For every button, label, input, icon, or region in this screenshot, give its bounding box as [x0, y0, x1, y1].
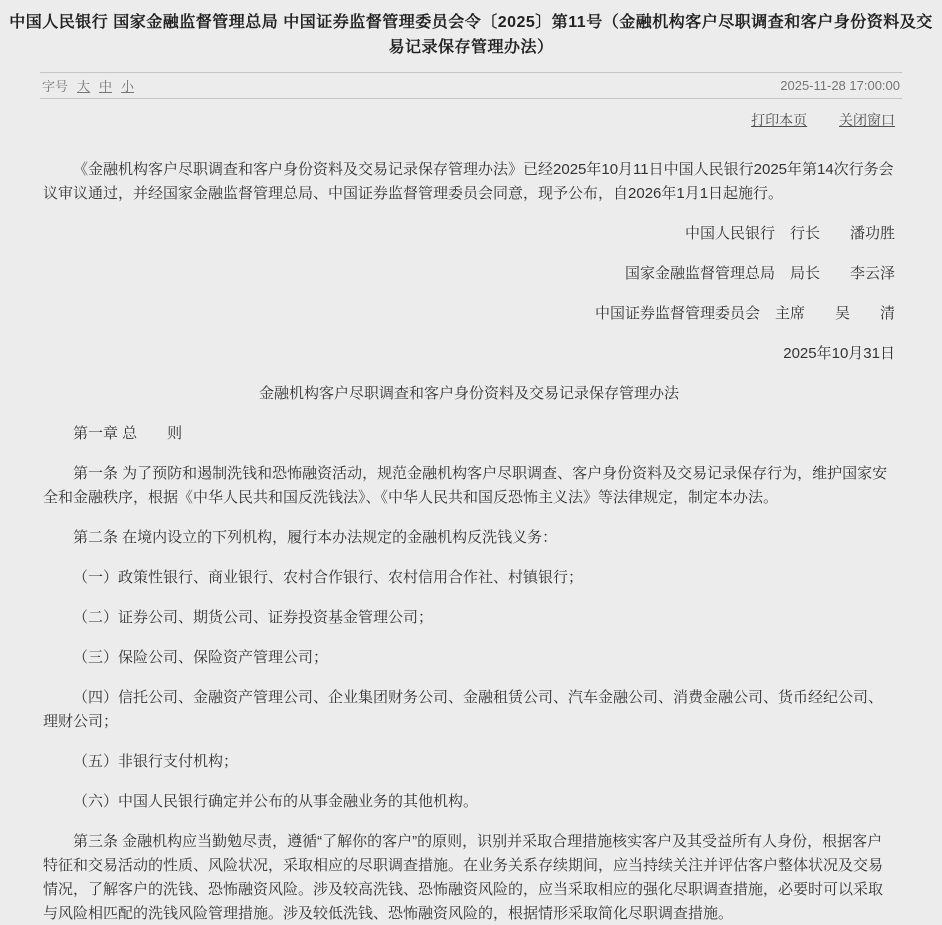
page-actions: 打印本页 关闭窗口: [0, 112, 895, 128]
fontsize-small-link[interactable]: 小: [121, 76, 134, 95]
print-page-link[interactable]: 打印本页: [751, 112, 807, 128]
chapter-1-heading: 第一章 总 则: [43, 422, 895, 446]
close-window-link[interactable]: 关闭窗口: [839, 112, 895, 128]
toolbar: 字号 大 中 小 2025-11-28 17:00:00: [40, 72, 902, 99]
signature-date: 2025年10月31日: [43, 342, 895, 366]
page-title: 中国人民银行 国家金融监督管理总局 中国证券监督管理委员会令〔2025〕第11号…: [0, 0, 942, 60]
fontsize-large-link[interactable]: 大: [77, 76, 90, 95]
article-2-item-6: （六）中国人民银行确定并公布的从事金融业务的其他机构。: [43, 790, 895, 814]
signature-nfra: 国家金融监督管理总局 局长 李云泽: [43, 262, 895, 286]
intro-paragraph: 《金融机构客户尽职调查和客户身份资料及交易记录保存管理办法》已经2025年10月…: [43, 158, 895, 206]
article-2-item-5: （五）非银行支付机构；: [43, 750, 895, 774]
article-2-item-1: （一）政策性银行、商业银行、农村合作银行、农村信用合作社、村镇银行；: [43, 566, 895, 590]
article-2: 第二条 在境内设立的下列机构，履行本办法规定的金融机构反洗钱义务：: [43, 526, 895, 550]
fontsize-control: 字号 大 中 小: [42, 76, 134, 95]
document-title: 金融机构客户尽职调查和客户身份资料及交易记录保存管理办法: [43, 382, 895, 406]
signature-csrc: 中国证券监督管理委员会 主席 吴 清: [43, 302, 895, 326]
article-2-item-4: （四）信托公司、金融资产管理公司、企业集团财务公司、金融租赁公司、汽车金融公司、…: [43, 686, 895, 734]
publish-timestamp: 2025-11-28 17:00:00: [780, 78, 900, 93]
article-2-item-2: （二）证券公司、期货公司、证券投资基金管理公司；: [43, 606, 895, 630]
article-3: 第三条 金融机构应当勤勉尽责，遵循“了解你的客户”的原则，识别并采取合理措施核实…: [43, 830, 895, 925]
article-2-item-3: （三）保险公司、保险资产管理公司；: [43, 646, 895, 670]
fontsize-label: 字号: [42, 76, 68, 95]
article-1: 第一条 为了预防和遏制洗钱和恐怖融资活动，规范金融机构客户尽职调查、客户身份资料…: [43, 462, 895, 510]
document-body: 《金融机构客户尽职调查和客户身份资料及交易记录保存管理办法》已经2025年10月…: [0, 128, 942, 925]
fontsize-medium-link[interactable]: 中: [99, 76, 112, 95]
signature-pboc: 中国人民银行 行长 潘功胜: [43, 222, 895, 246]
